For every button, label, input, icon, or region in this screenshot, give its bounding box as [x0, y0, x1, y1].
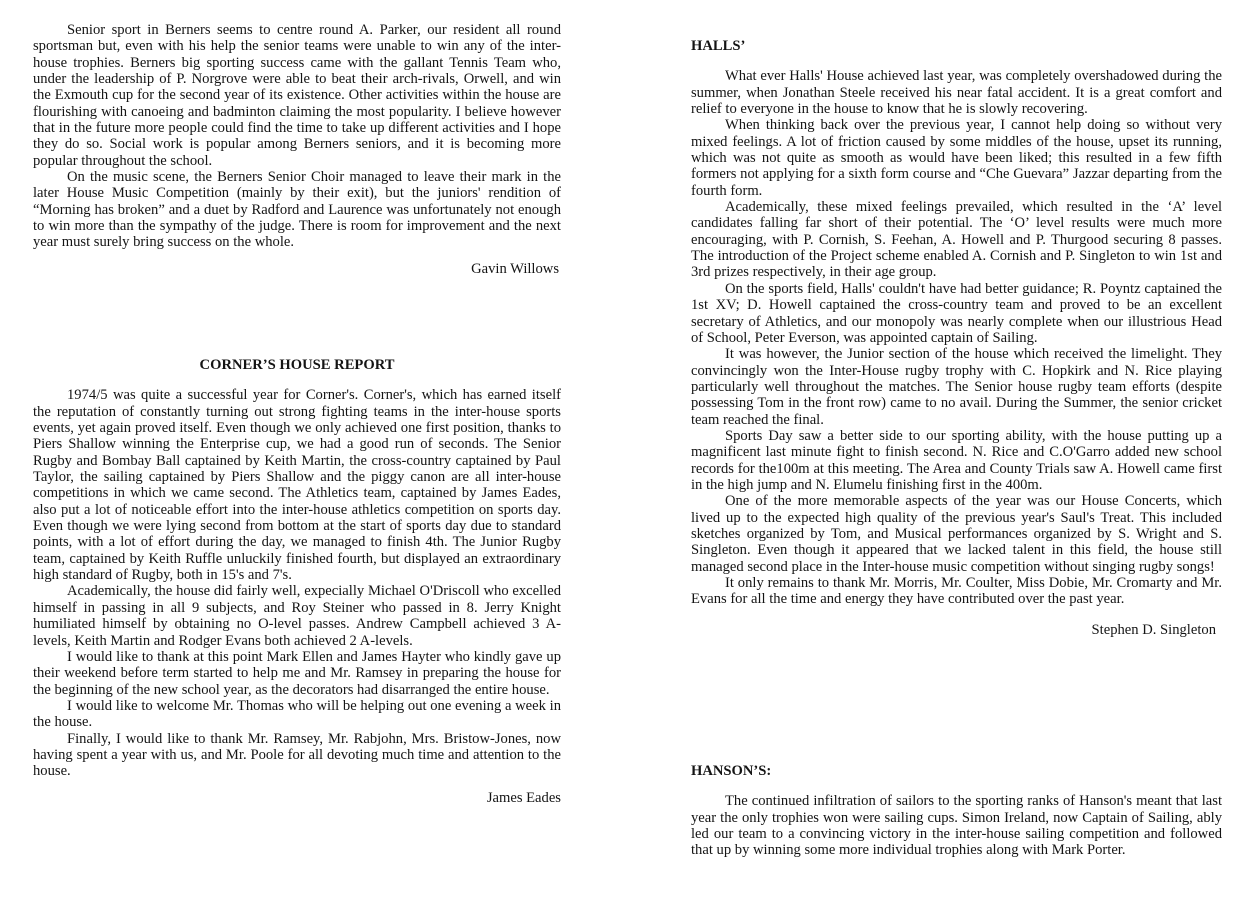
hansons-house-report: HANSON’S: The continued infiltration of … — [691, 763, 1222, 859]
paragraph: The continued infiltration of sailors to… — [691, 793, 1222, 858]
paragraph: I would like to welcome Mr. Thomas who w… — [33, 698, 561, 731]
signature: Stephen D. Singleton — [691, 622, 1222, 638]
section-heading: HANSON’S: — [691, 763, 1222, 779]
paragraph: On the sports field, Halls' couldn't hav… — [691, 281, 1222, 346]
paragraph: It was however, the Junior section of th… — [691, 346, 1222, 428]
signature: James Eades — [33, 790, 561, 806]
halls-house-report: HALLS’ What ever Halls' House achieved l… — [691, 38, 1222, 638]
berners-report-end: Senior sport in Berners seems to centre … — [33, 22, 561, 277]
paragraph: 1974/5 was quite a successful year for C… — [33, 387, 561, 583]
paragraph: Sports Day saw a better side to our spor… — [691, 428, 1222, 493]
paragraph: Finally, I would like to thank Mr. Ramse… — [33, 731, 561, 780]
section-heading: HALLS’ — [691, 38, 1222, 54]
paragraph: Academically, these mixed feelings preva… — [691, 199, 1222, 281]
signature: Gavin Willows — [33, 261, 561, 277]
corners-house-report: CORNER’S HOUSE REPORT 1974/5 was quite a… — [33, 357, 561, 806]
paragraph: I would like to thank at this point Mark… — [33, 649, 561, 698]
paragraph: It only remains to thank Mr. Morris, Mr.… — [691, 575, 1222, 608]
paragraph: Senior sport in Berners seems to centre … — [33, 22, 561, 169]
paragraph: One of the more memorable aspects of the… — [691, 493, 1222, 575]
paragraph: What ever Halls' House achieved last yea… — [691, 68, 1222, 117]
section-heading: CORNER’S HOUSE REPORT — [33, 357, 561, 373]
paragraph: On the music scene, the Berners Senior C… — [33, 169, 561, 251]
paragraph: When thinking back over the previous yea… — [691, 117, 1222, 199]
paragraph: Academically, the house did fairly well,… — [33, 583, 561, 648]
